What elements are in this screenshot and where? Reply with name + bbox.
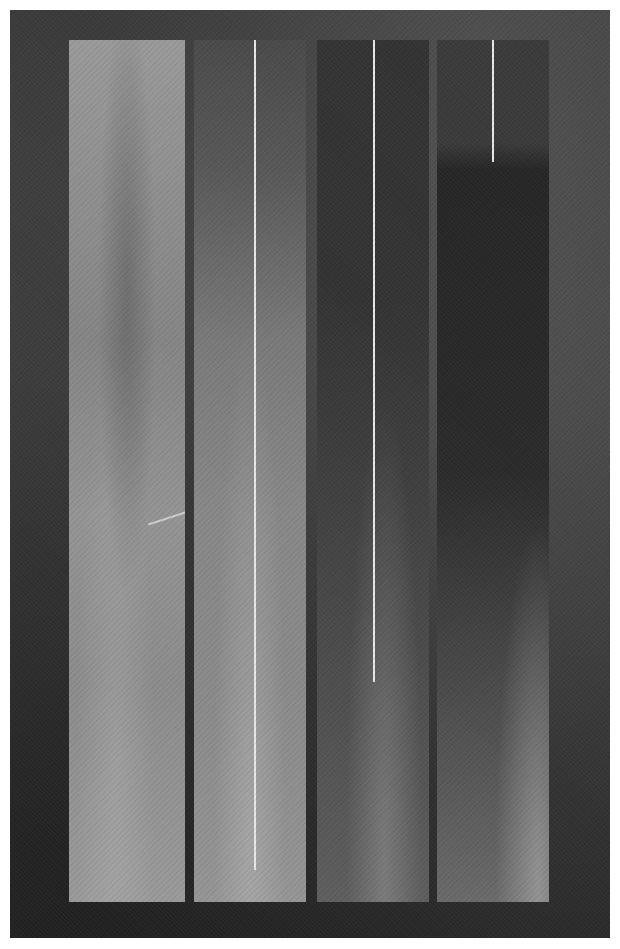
vertical-line bbox=[254, 40, 256, 870]
sample-strip-2 bbox=[194, 40, 306, 902]
vertical-line bbox=[492, 40, 494, 162]
photograph bbox=[10, 10, 610, 938]
sample-strip-1 bbox=[69, 40, 185, 902]
vertical-line bbox=[373, 40, 375, 682]
scratch-mark bbox=[148, 507, 185, 526]
sample-strip-3 bbox=[317, 40, 429, 902]
sample-strip-4 bbox=[437, 40, 549, 902]
